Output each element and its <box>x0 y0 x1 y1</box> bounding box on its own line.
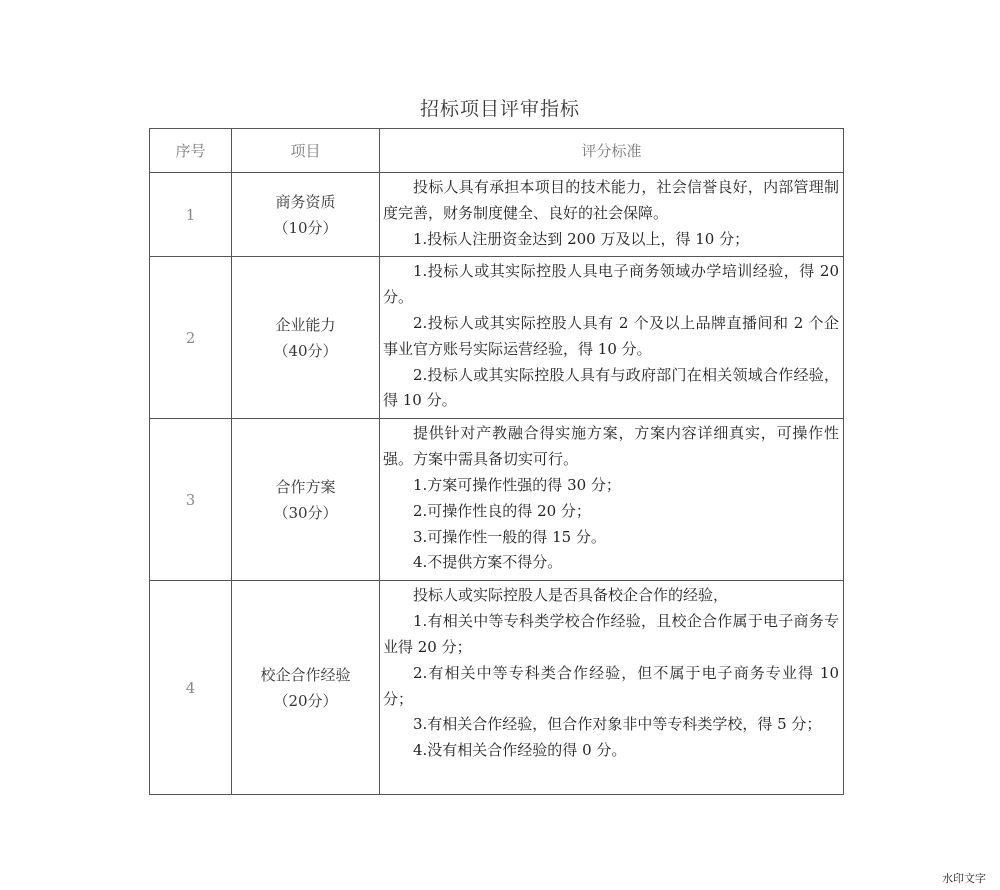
criteria-line: 1.方案可操作性强的得 30 分； <box>383 473 839 499</box>
item-name: 合作方案 <box>232 474 379 500</box>
row-index: 2 <box>150 257 232 419</box>
item-score: （10分） <box>232 215 379 241</box>
criteria-line: 2.有相关中等专科类合作经验，但不属于电子商务专业得 10 分； <box>383 661 839 713</box>
criteria-line: 3.有相关合作经验，但合作对象非中等专科类学校，得 5 分； <box>383 712 839 738</box>
criteria-line: 提供针对产教融合得实施方案，方案内容详细真实，可操作性强。方案中需具备切实可行。 <box>383 421 839 473</box>
row-index: 3 <box>150 419 232 581</box>
row-item: 校企合作经验 （20分） <box>232 581 380 795</box>
table-row: 2 企业能力 （40分） 1.投标人或其实际控股人具电子商务领域办学培训经验，得… <box>150 257 844 419</box>
row-criteria: 1.投标人或其实际控股人具电子商务领域办学培训经验，得 20 分。 2.投标人或… <box>380 257 844 419</box>
table-row: 1 商务资质 （10分） 投标人具有承担本项目的技术能力，社会信誉良好，内部管理… <box>150 173 844 257</box>
table-header-row: 序号 项目 评分标准 <box>150 129 844 173</box>
document-title: 招标项目评审指标 <box>0 94 1000 121</box>
row-criteria: 提供针对产教融合得实施方案，方案内容详细真实，可操作性强。方案中需具备切实可行。… <box>380 419 844 581</box>
criteria-line: 3.可操作性一般的得 15 分。 <box>383 525 839 551</box>
item-score: （30分） <box>232 500 379 526</box>
row-criteria: 投标人或实际控股人是否具备校企合作的经验， 1.有相关中等专科类学校合作经验，且… <box>380 581 844 795</box>
row-index: 1 <box>150 173 232 257</box>
header-criteria: 评分标准 <box>380 129 844 173</box>
watermark-text: 水印文字 <box>942 870 986 886</box>
criteria-line: 2.可操作性良的得 20 分； <box>383 499 839 525</box>
item-score: （40分） <box>232 338 379 364</box>
criteria-line: 4.不提供方案不得分。 <box>383 550 839 576</box>
criteria-line: 投标人具有承担本项目的技术能力，社会信誉良好，内部管理制度完善，财务制度健全、良… <box>383 175 839 227</box>
criteria-line: 4.没有相关合作经验的得 0 分。 <box>383 738 839 764</box>
criteria-line: 1.有相关中等专科类学校合作经验，且校企合作属于电子商务专业得 20 分； <box>383 609 839 661</box>
table-row: 4 校企合作经验 （20分） 投标人或实际控股人是否具备校企合作的经验， 1.有… <box>150 581 844 795</box>
criteria-line: 投标人或实际控股人是否具备校企合作的经验， <box>383 583 839 609</box>
header-index: 序号 <box>150 129 232 173</box>
criteria-line: 2.投标人或其实际控股人具有 2 个及以上品牌直播间和 2 个企事业官方账号实际… <box>383 311 839 363</box>
row-item: 合作方案 （30分） <box>232 419 380 581</box>
row-index: 4 <box>150 581 232 795</box>
item-name: 校企合作经验 <box>232 662 379 688</box>
criteria-line: 1.投标人或其实际控股人具电子商务领域办学培训经验，得 20 分。 <box>383 259 839 311</box>
criteria-line: 1.投标人注册资金达到 200 万及以上，得 10 分； <box>383 227 839 253</box>
evaluation-criteria-table: 序号 项目 评分标准 1 商务资质 （10分） 投标人具有承担本项目的技术能力，… <box>149 128 844 795</box>
item-score: （20分） <box>232 688 379 714</box>
criteria-line: 2.投标人或其实际控股人具有与政府部门在相关领域合作经验，得 10 分。 <box>383 363 839 415</box>
item-name: 企业能力 <box>232 312 379 338</box>
item-name: 商务资质 <box>232 189 379 215</box>
row-item: 企业能力 （40分） <box>232 257 380 419</box>
row-item: 商务资质 （10分） <box>232 173 380 257</box>
table-row: 3 合作方案 （30分） 提供针对产教融合得实施方案，方案内容详细真实，可操作性… <box>150 419 844 581</box>
row-criteria: 投标人具有承担本项目的技术能力，社会信誉良好，内部管理制度完善，财务制度健全、良… <box>380 173 844 257</box>
header-item: 项目 <box>232 129 380 173</box>
